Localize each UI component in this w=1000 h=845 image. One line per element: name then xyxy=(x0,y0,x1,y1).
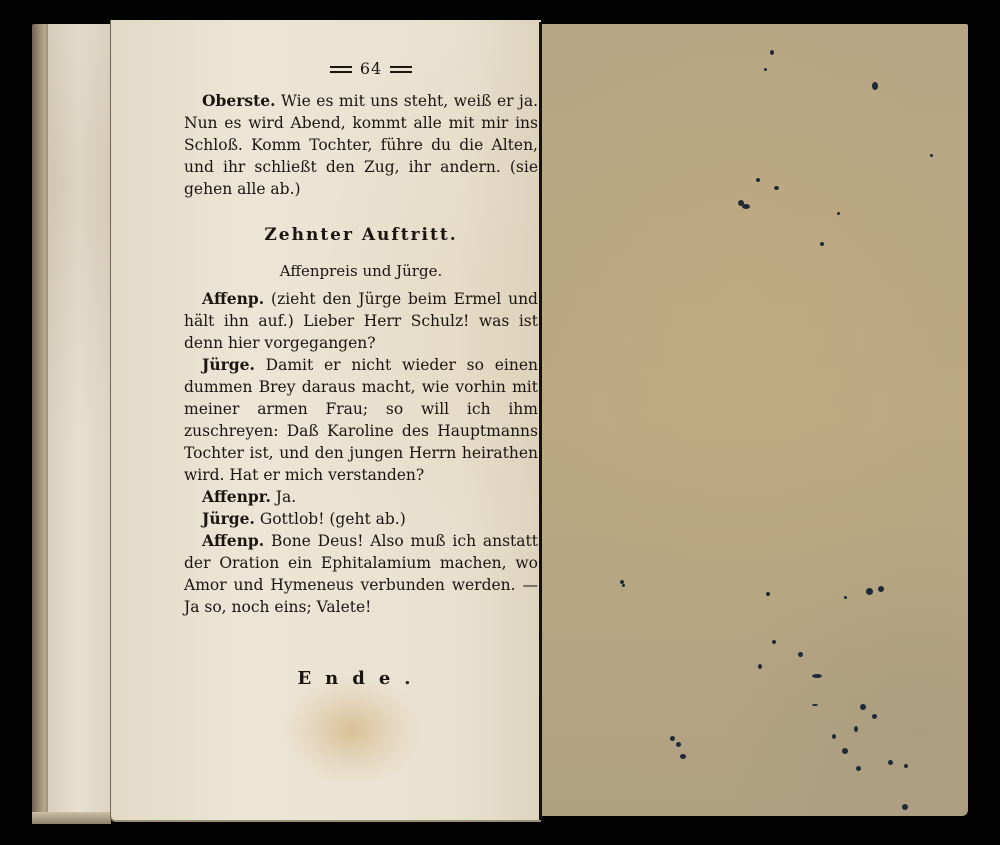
foxing-speck xyxy=(930,154,933,157)
foxing-speck xyxy=(812,704,818,706)
closing-ende: Ende. xyxy=(184,668,538,690)
dialogue-line: Affenp. (zieht den Jürge beim Ermel und … xyxy=(184,288,538,354)
foxing-speck xyxy=(798,652,803,657)
foxing-speck xyxy=(680,754,686,759)
foxing-speck xyxy=(854,726,858,732)
foxing-speck xyxy=(837,212,840,215)
running-head: 64 xyxy=(184,58,538,80)
stacked-leaves xyxy=(48,24,111,824)
foxing-speck xyxy=(842,748,848,754)
speaker-name: Jürge. xyxy=(202,509,255,528)
page-number: 64 xyxy=(360,59,382,78)
foxing-speck xyxy=(904,764,908,768)
scene-persons: Affenpreis und Jürge. xyxy=(184,260,538,282)
foxing-speck xyxy=(878,586,884,592)
foxing-speck xyxy=(772,640,776,644)
foxing-speck xyxy=(872,714,877,719)
speaker-name: Affenp. xyxy=(202,531,264,550)
speaker-name: Jürge. xyxy=(202,355,255,374)
dialogue-line: Affenp. Bone Deus! Also muß ich anstatt … xyxy=(184,530,538,618)
foxing-speck xyxy=(860,704,866,710)
foxing-speck xyxy=(888,760,893,765)
speaker-name: Affenpr. xyxy=(202,487,271,506)
speaker-name: Oberste. xyxy=(202,91,276,110)
opening-speech: Oberste. Wie es mit uns steht, weiß er j… xyxy=(184,90,538,200)
foxing-speck xyxy=(866,588,873,595)
foxing-speck xyxy=(820,242,824,246)
foxing-speck xyxy=(844,596,847,599)
dialogue-line: Jürge. Damit er nicht wieder so einen du… xyxy=(184,354,538,486)
foxing-speck xyxy=(774,186,779,190)
speech-text: Gottlob! (geht ab.) xyxy=(260,510,406,528)
foxing-speck xyxy=(764,68,767,71)
foxing-speck xyxy=(756,178,760,182)
book-photo: 64 Oberste. Wie es mit uns steht, weiß e… xyxy=(0,0,1000,845)
scene-title: Zehnter Auftritt. xyxy=(184,224,538,246)
page-text: 64 Oberste. Wie es mit uns steht, weiß e… xyxy=(184,58,538,690)
foxing-speck xyxy=(676,742,681,747)
ornament-rule xyxy=(330,66,352,73)
foxing-speck xyxy=(902,804,908,810)
speaker-name: Affenp. xyxy=(202,289,264,308)
leaf-stack-bottom-edge xyxy=(32,812,110,824)
foxing-speck xyxy=(872,82,878,90)
speech-text: Damit er nicht wieder so einen dummen Br… xyxy=(184,356,538,484)
right-blank-endpaper xyxy=(542,24,968,816)
foxing-speck xyxy=(770,50,774,55)
foxing-speck xyxy=(622,584,625,587)
foxing-speck xyxy=(832,734,836,739)
foxing-speck xyxy=(742,204,750,209)
ornament-rule xyxy=(390,66,412,73)
speech-text: Ja. xyxy=(276,488,296,506)
dialogue-line: Affenpr. Ja. xyxy=(184,486,538,508)
foxing-speck xyxy=(670,736,675,741)
foxing-speck xyxy=(856,766,861,771)
foxing-speck xyxy=(812,674,822,678)
foxing-speck xyxy=(766,592,770,596)
dialogue-line: Jürge. Gottlob! (geht ab.) xyxy=(184,508,538,530)
foxing-speck xyxy=(758,664,762,669)
